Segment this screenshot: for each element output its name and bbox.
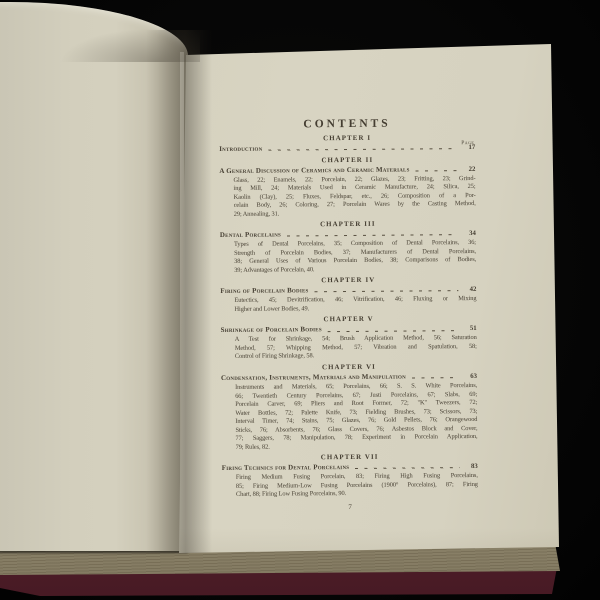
chapter-subtopics: Glass, 22; Enamels, 22; Porcelain, 22; G…: [219, 175, 475, 220]
contents-title: CONTENTS: [219, 117, 475, 132]
toc-chapter-3: CHAPTER III Dental Porcelains 34 Types o…: [220, 220, 476, 275]
toc-entry-page: 83: [465, 463, 478, 472]
dash-leader: [328, 326, 459, 334]
toc-entry: Introduction 17: [219, 143, 475, 155]
chapter-subtopics: Eutectics, 45; Devitrification, 46; Vitr…: [220, 295, 476, 314]
chapter-subtopics: Firing Medium Fusing Porcelain, 83; Firi…: [222, 472, 478, 500]
subtopic-line: Higher and Lower Bodies, 49.: [234, 304, 476, 314]
book-photo: CONTENTS Page CHAPTER I Introduction 17 …: [0, 0, 600, 600]
toc-entry-title: Firing of Porcelain Bodies: [220, 287, 308, 296]
dash-leader: [287, 231, 458, 239]
toc-entry-page: 42: [463, 286, 476, 295]
toc-entry-title: Introduction: [219, 145, 262, 154]
toc-entry-title: Condensation, Instruments, Materials and…: [221, 373, 406, 383]
toc-chapter-2: CHAPTER II A General Discussion of Ceram…: [219, 156, 475, 220]
chapter-subtopics: A Test for Shrinkage, 54; Brush Applicat…: [221, 334, 477, 362]
chapter-subtopics: Instruments and Materials, 65; Porcelain…: [221, 382, 478, 452]
chapter-subtopics: Types of Dental Porcelains, 35; Composit…: [220, 239, 476, 275]
toc-chapter-5: CHAPTER V Shrinkage of Porcelain Bodies …: [221, 315, 477, 362]
subtopic-line: 39; Advantages of Porcelain, 40.: [234, 265, 476, 275]
dash-leader: [355, 463, 460, 471]
toc-entry-page: 51: [464, 325, 477, 334]
toc-entry-page: 34: [463, 230, 476, 239]
dash-leader: [412, 373, 459, 380]
toc-entry-title: Dental Porcelains: [220, 231, 281, 240]
subtopic-line: 29; Annealing, 31.: [234, 209, 476, 219]
subtopic-line: Chart, 88; Firing Low Fusing Porcelains,…: [236, 489, 478, 499]
toc-entry-page: 22: [462, 166, 475, 175]
left-blank-page: [0, 2, 188, 551]
table-of-contents: CONTENTS Page CHAPTER I Introduction 17 …: [219, 117, 478, 512]
subtopic-line: Control of Firing Shrinkage, 58.: [235, 351, 477, 361]
toc-entry-title: A General Discussion of Ceramics and Cer…: [219, 165, 409, 175]
toc-entry-title: Shrinkage of Porcelain Bodies: [221, 326, 322, 335]
toc-chapter-7: CHAPTER VII Firing Technics for Dental P…: [222, 453, 478, 500]
toc-entry-page: 63: [464, 373, 477, 382]
dash-leader: [314, 287, 458, 295]
toc-chapter-4: CHAPTER IV Firing of Porcelain Bodies 42…: [220, 276, 476, 314]
toc-chapter-6: CHAPTER VI Condensation, Instruments, Ma…: [221, 363, 478, 452]
dash-leader: [268, 144, 457, 152]
toc-chapter-1: CHAPTER I Introduction 17: [219, 134, 475, 155]
toc-entry-title: Firing Technics for Dental Porcelains: [222, 463, 350, 473]
dash-leader: [416, 166, 458, 173]
page-column-label: Page: [461, 140, 474, 146]
